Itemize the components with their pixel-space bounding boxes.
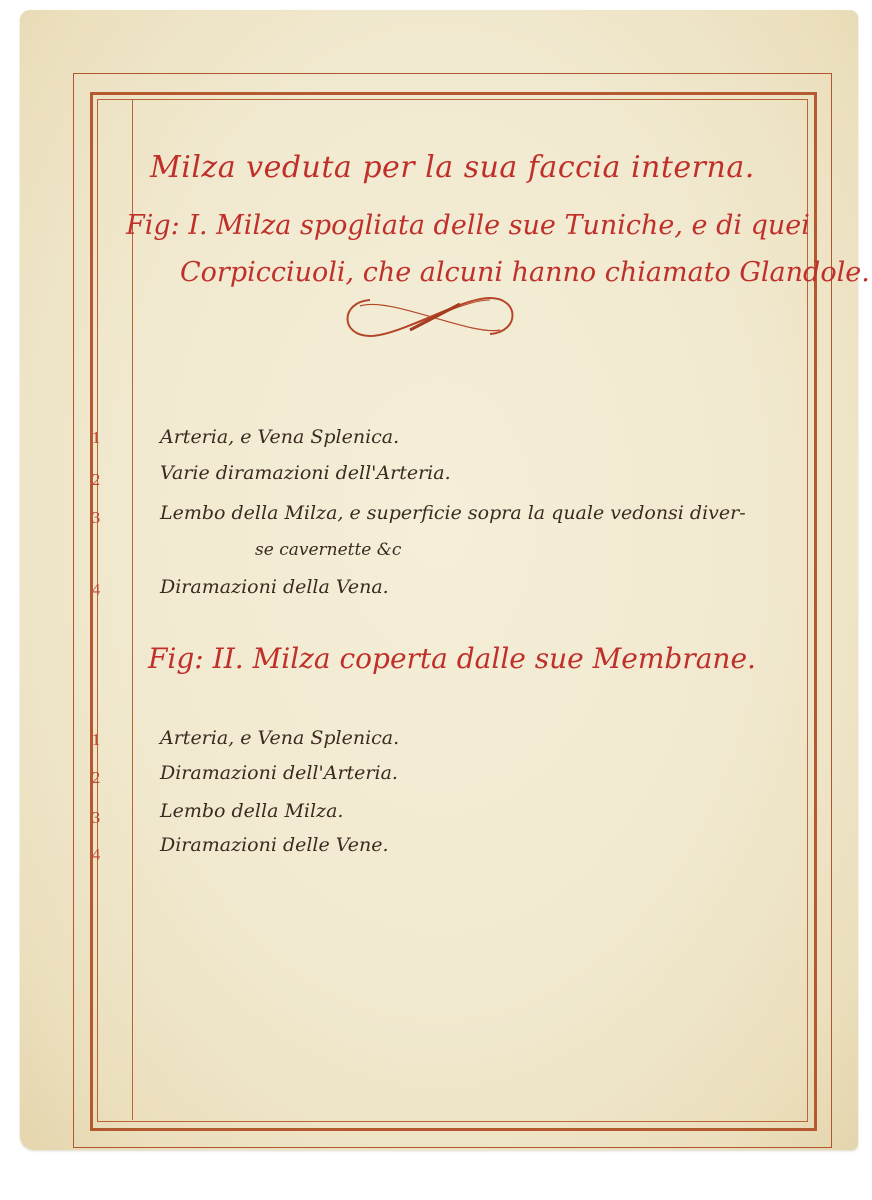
page-title: Milza veduta per la sua faccia interna. — [150, 150, 755, 185]
list-item: Arteria, e Vena Splenica. — [160, 727, 399, 749]
figure1-caption-line2: Corpicciuoli, che alcuni hanno chiamato … — [180, 257, 870, 288]
item-number: 1 — [86, 428, 106, 448]
flourish-ornament-icon — [330, 292, 530, 342]
item-number: 3 — [86, 808, 106, 828]
figure1-caption-line1: Fig: I. Milza spogliata delle sue Tunich… — [126, 210, 810, 241]
list-item: Varie diramazioni dell'Arteria. — [160, 462, 451, 484]
list-item-continuation: se cavernette &c — [255, 540, 401, 560]
item-number: 1 — [86, 730, 106, 750]
list-item: Lembo della Milza, e superficie sopra la… — [160, 502, 746, 524]
list-item: Diramazioni delle Vene. — [160, 834, 389, 856]
item-number: 2 — [86, 470, 106, 490]
item-number: 4 — [86, 845, 106, 865]
list-item: Lembo della Milza. — [160, 800, 343, 822]
item-number: 4 — [86, 580, 106, 600]
list-item: Diramazioni dell'Arteria. — [160, 762, 398, 784]
margin-rule — [132, 100, 133, 1120]
figure2-caption: Fig: II. Milza coperta dalle sue Membran… — [148, 642, 756, 675]
list-item: Diramazioni della Vena. — [160, 576, 389, 598]
list-item: Arteria, e Vena Splenica. — [160, 426, 399, 448]
item-number: 3 — [86, 508, 106, 528]
inner-border-thin — [97, 99, 808, 1122]
item-number: 2 — [86, 768, 106, 788]
